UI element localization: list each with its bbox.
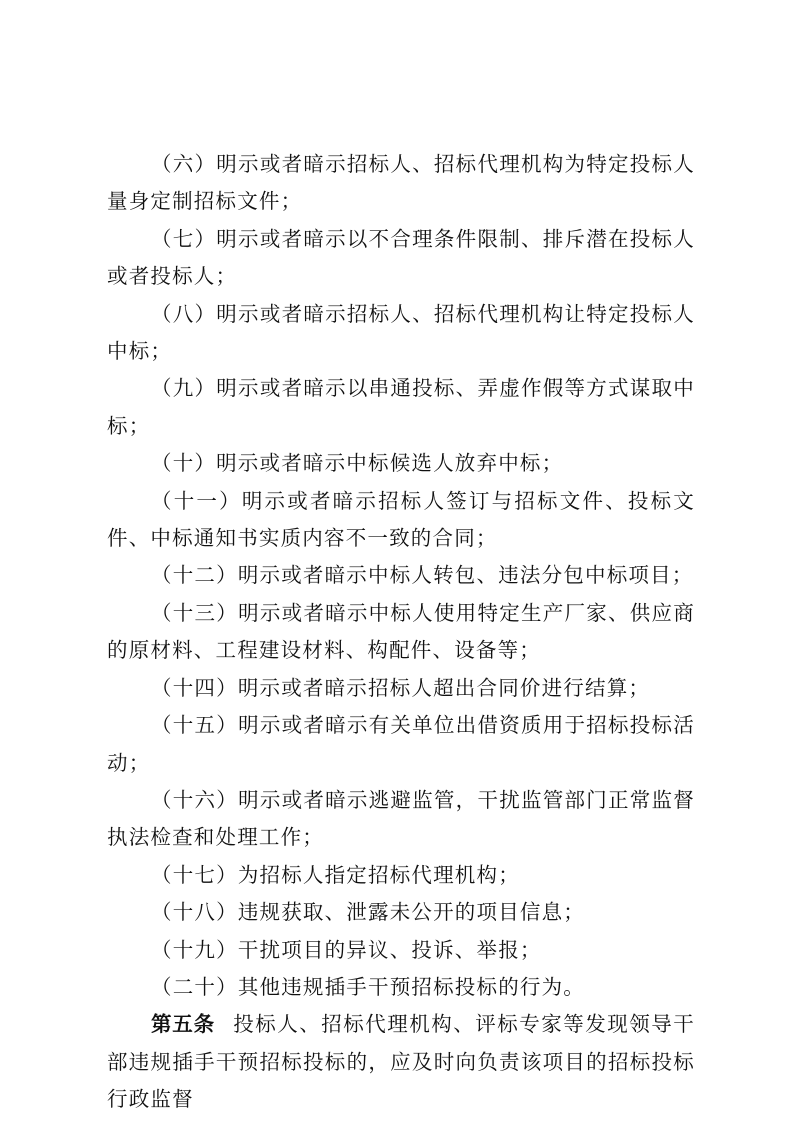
item-marker: （七） <box>151 227 216 251</box>
list-item: （十二）明示或者暗示中标人转包、违法分包中标项目； <box>107 557 695 594</box>
item-marker: （八） <box>151 302 216 326</box>
list-item: （十五）明示或者暗示有关单位出借资质用于招标投标活动； <box>107 707 695 782</box>
item-marker: （十四） <box>151 676 238 700</box>
list-item: （二十）其他违规插手干预招标投标的行为。 <box>107 969 695 1006</box>
list-item: （七）明示或者暗示以不合理条件限制、排斥潜在投标人或者投标人； <box>107 221 695 296</box>
item-text: 违规获取、泄露未公开的项目信息； <box>238 900 585 924</box>
item-marker: （十九） <box>151 938 238 962</box>
item-marker: （十二） <box>151 563 238 587</box>
list-item: （十三）明示或者暗示中标人使用特定生产厂家、供应商的原材料、工程建设材料、构配件… <box>107 595 695 670</box>
list-item: （十八）违规获取、泄露未公开的项目信息； <box>107 894 695 931</box>
list-item: （十七）为招标人指定招标代理机构； <box>107 857 695 894</box>
item-text: 明示或者暗示中标候选人放弃中标； <box>216 451 563 475</box>
list-item: （十四）明示或者暗示招标人超出合同价进行结算； <box>107 670 695 707</box>
item-marker: （十七） <box>151 863 238 887</box>
item-marker: （九） <box>151 376 216 400</box>
list-item: （六）明示或者暗示招标人、招标代理机构为特定投标人量身定制招标文件； <box>107 146 695 221</box>
item-marker: （六） <box>151 152 216 176</box>
item-marker: （十五） <box>151 713 238 737</box>
document-page: （六）明示或者暗示招标人、招标代理机构为特定投标人量身定制招标文件； （七）明示… <box>107 146 695 1119</box>
article-label: 第五条 <box>151 1012 215 1036</box>
item-marker: （二十） <box>151 975 238 999</box>
list-item: （十九）干扰项目的异议、投诉、举报； <box>107 932 695 969</box>
list-item: （十六）明示或者暗示逃避监管，干扰监管部门正常监督执法检查和处理工作； <box>107 782 695 857</box>
item-text: 干扰项目的异议、投诉、举报； <box>238 938 542 962</box>
item-marker: （十） <box>151 451 216 475</box>
item-text: 为招标人指定招标代理机构； <box>238 863 520 887</box>
list-item: （八）明示或者暗示招标人、招标代理机构让特定投标人中标； <box>107 296 695 371</box>
item-marker: （十八） <box>151 900 238 924</box>
article-paragraph: 第五条投标人、招标代理机构、评标专家等发现领导干部违规插手干预招标投标的，应及时… <box>107 1006 695 1118</box>
item-text: 明示或者暗示招标人超出合同价进行结算； <box>238 676 650 700</box>
list-item: （十）明示或者暗示中标候选人放弃中标； <box>107 445 695 482</box>
item-text: 明示或者暗示中标人转包、违法分包中标项目； <box>238 563 694 587</box>
list-item: （九）明示或者暗示以串通投标、弄虚作假等方式谋取中标； <box>107 370 695 445</box>
item-text: 其他违规插手干预招标投标的行为。 <box>238 975 585 999</box>
item-marker: （十一） <box>151 489 242 513</box>
list-item: （十一）明示或者暗示招标人签订与招标文件、投标文件、中标通知书实质内容不一致的合… <box>107 483 695 558</box>
item-marker: （十三） <box>151 601 238 625</box>
item-marker: （十六） <box>151 788 238 812</box>
